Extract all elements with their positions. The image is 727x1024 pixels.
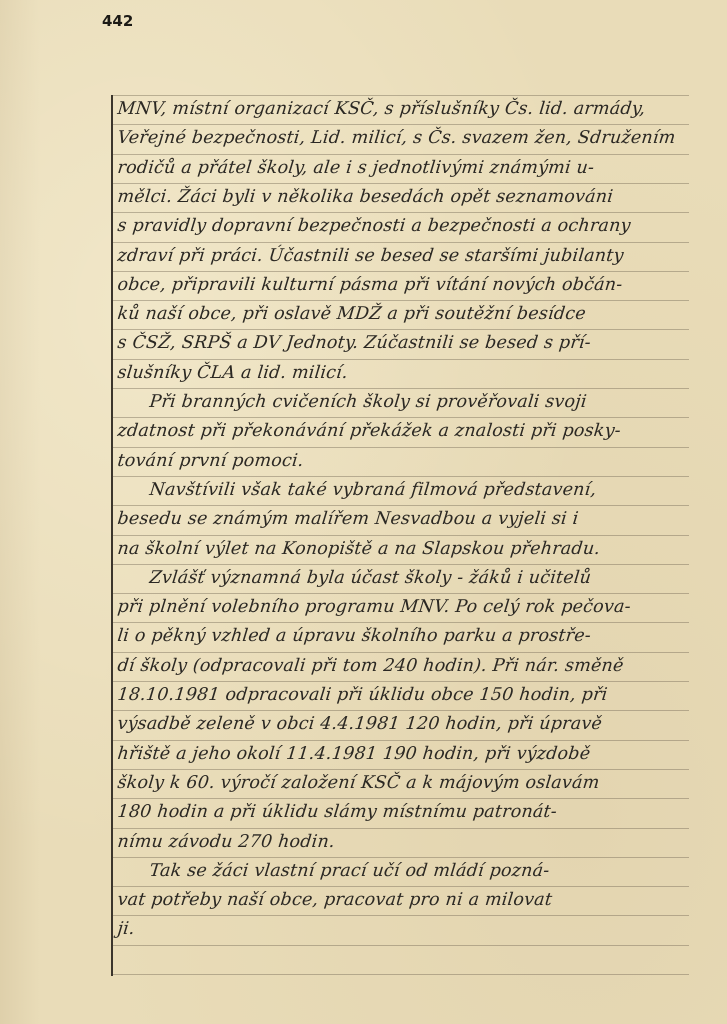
text-line: 18.10.1981 odpracovali při úklidu obce 1… xyxy=(116,682,694,710)
text-line: školy k 60. výročí založení KSČ a k májo… xyxy=(116,770,694,798)
text-line: hřiště a jeho okolí 11.4.1981 190 hodin,… xyxy=(116,741,694,769)
text-line: zdatnost při překonávání překážek a znal… xyxy=(116,418,694,446)
text-line: s pravidly dopravní bezpečnosti a bezpeč… xyxy=(116,213,694,241)
margin-line xyxy=(111,95,113,976)
text-line: Navštívili však také vybraná filmová pře… xyxy=(116,477,726,505)
text-line: besedu se známým malířem Nesvadbou a vyj… xyxy=(116,506,694,534)
text-line: tování první pomoci. xyxy=(116,448,694,476)
text-line: Zvlášť významná byla účast školy - žáků … xyxy=(116,565,726,593)
text-line: slušníky ČLA a lid. milicí. xyxy=(116,360,694,388)
text-line: li o pěkný vzhled a úpravu školního park… xyxy=(116,623,694,651)
text-line: vat potřeby naší obce, pracovat pro ni a… xyxy=(116,887,694,915)
text-line: při plnění volebního programu MNV. Po ce… xyxy=(116,594,694,622)
text-line: zdraví při práci. Účastnili se besed se … xyxy=(116,243,694,271)
text-line: rodičů a přátel školy, ale i s jednotliv… xyxy=(116,155,694,183)
text-line: mělci. Žáci byli v několika besedách opě… xyxy=(116,184,694,212)
text-line: Veřejné bezpečnosti, Lid. milicí, s Čs. … xyxy=(116,125,694,153)
text-line: výsadbě zeleně v obci 4.4.1981 120 hodin… xyxy=(116,711,694,739)
text-line: Při branných cvičeních školy si prověřov… xyxy=(116,389,726,417)
text-line: s ČSŽ, SRPŠ a DV Jednoty. Zúčastnili se … xyxy=(116,330,694,358)
text-line: dí školy (odpracovali při tom 240 hodin)… xyxy=(116,653,694,681)
ruled-line xyxy=(111,945,689,946)
ruled-line xyxy=(111,974,689,975)
text-line: ků naší obce, při oslavě MDŽ a při soutě… xyxy=(116,301,694,329)
text-line: obce, připravili kulturní pásma při vítá… xyxy=(116,272,694,300)
text-line: nímu závodu 270 hodin. xyxy=(116,829,694,857)
text-line: ji. xyxy=(116,916,694,944)
text-line: MNV, místní organizací KSČ, s příslušník… xyxy=(116,96,694,124)
text-line: 180 hodin a při úklidu slámy místnímu pa… xyxy=(116,799,694,827)
text-line: na školní výlet na Konopiště a na Slapsk… xyxy=(116,536,694,564)
page-number: 442 xyxy=(102,12,133,30)
text-line: Tak se žáci vlastní prací učí od mládí p… xyxy=(116,858,726,886)
